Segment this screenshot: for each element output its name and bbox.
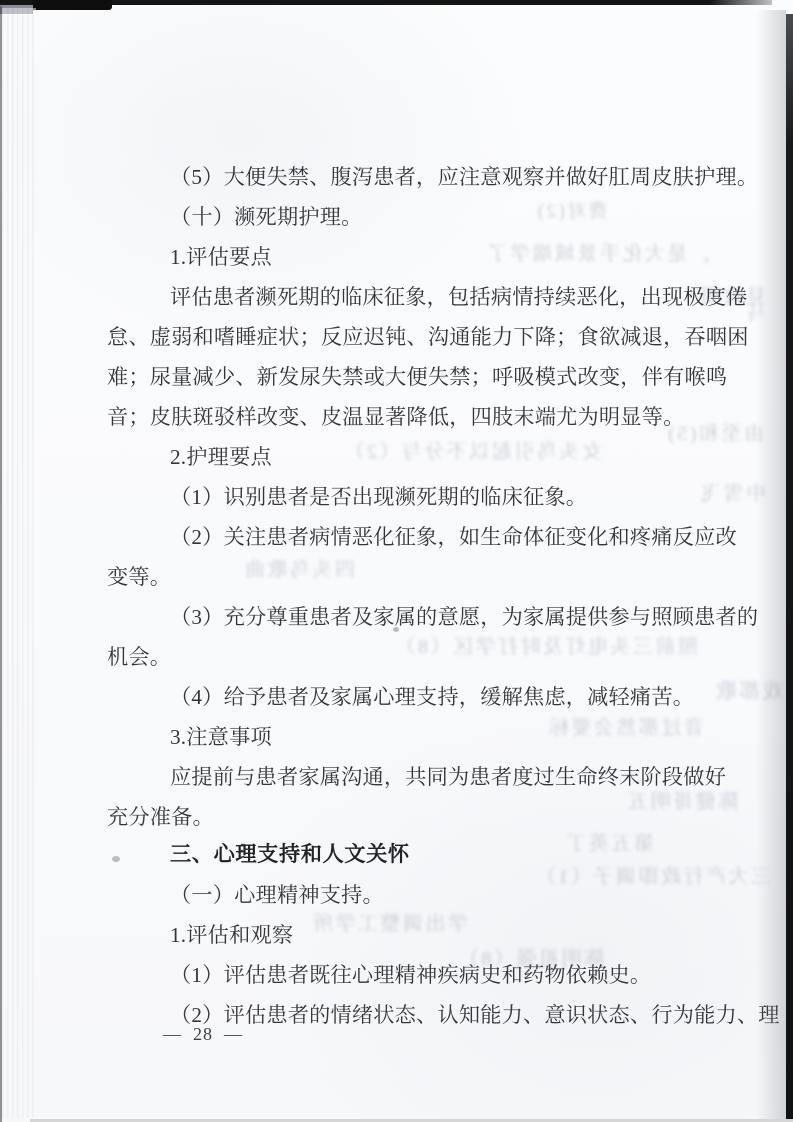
page-stack-edges: [2, 8, 36, 1118]
text-line: 1.评估要点: [107, 244, 793, 270]
scanned-page: 费对(2)，是大化手景域端学了見政明马由至和(5)女头鸟引起以不分与（2）中雪飞…: [0, 0, 793, 1122]
ink-speck: [336, 691, 340, 695]
section-heading: 三、心理支持和人文关怀: [107, 842, 793, 868]
text-line: （3）充分尊重患者及家属的意愿，为家属提供参与照顾患者的: [107, 604, 793, 630]
scan-edge-top: [0, 0, 772, 5]
scan-edge-right: [786, 14, 793, 1122]
text-line: （2）关注患者病情恶化征象，如生命体征变化和疼痛反应改: [107, 524, 793, 550]
scan-edge-top-bump: [32, 0, 112, 10]
text-line: 音；皮肤斑驳样改变、皮温显著降低，四肢末端尤为明显等。: [107, 404, 767, 430]
text-line: 评估患者濒死期的临床征象，包括病情持续恶化，出现极度倦: [107, 284, 793, 310]
ink-speck: [112, 856, 120, 862]
text-line: 机会。: [107, 644, 767, 670]
text-line: （1）评估患者既往心理精神疾病史和药物依赖史。: [107, 962, 793, 988]
text-line: 充分准备。: [107, 804, 767, 830]
text-line: 难；尿量减少、新发尿失禁或大便失禁；呼吸模式改变，伴有喉鸣: [107, 364, 767, 390]
text-line: （一）心理精神支持。: [107, 882, 793, 908]
text-line: 3.注意事项: [107, 724, 793, 750]
text-line: （4）给予患者及家属心理支持，缓解焦虑，减轻痛苦。: [107, 684, 793, 710]
ink-speck: [393, 627, 399, 632]
text-line: （5）大便失禁、腹泻患者，应注意观察并做好肛周皮肤护理。: [107, 164, 793, 190]
text-line: （1）识别患者是否出现濒死期的临床征象。: [107, 484, 793, 510]
text-line: （十）濒死期护理。: [107, 204, 793, 230]
text-line: 应提前与患者家属沟通，共同为患者度过生命终末阶段做好: [107, 764, 793, 790]
text-line: 怠、虚弱和嗜睡症状；反应迟钝、沟通能力下降；食欲减退，吞咽困: [107, 324, 767, 350]
document-text: （5）大便失禁、腹泻患者，应注意观察并做好肛周皮肤护理。（十）濒死期护理。1.评…: [0, 0, 793, 1122]
text-line: 2.护理要点: [107, 444, 793, 470]
text-line: 变等。: [107, 564, 767, 590]
book-spine-shadow: [756, 10, 786, 1122]
text-line: 1.评估和观察: [107, 922, 793, 948]
page-number: — 28 —: [163, 1024, 243, 1045]
